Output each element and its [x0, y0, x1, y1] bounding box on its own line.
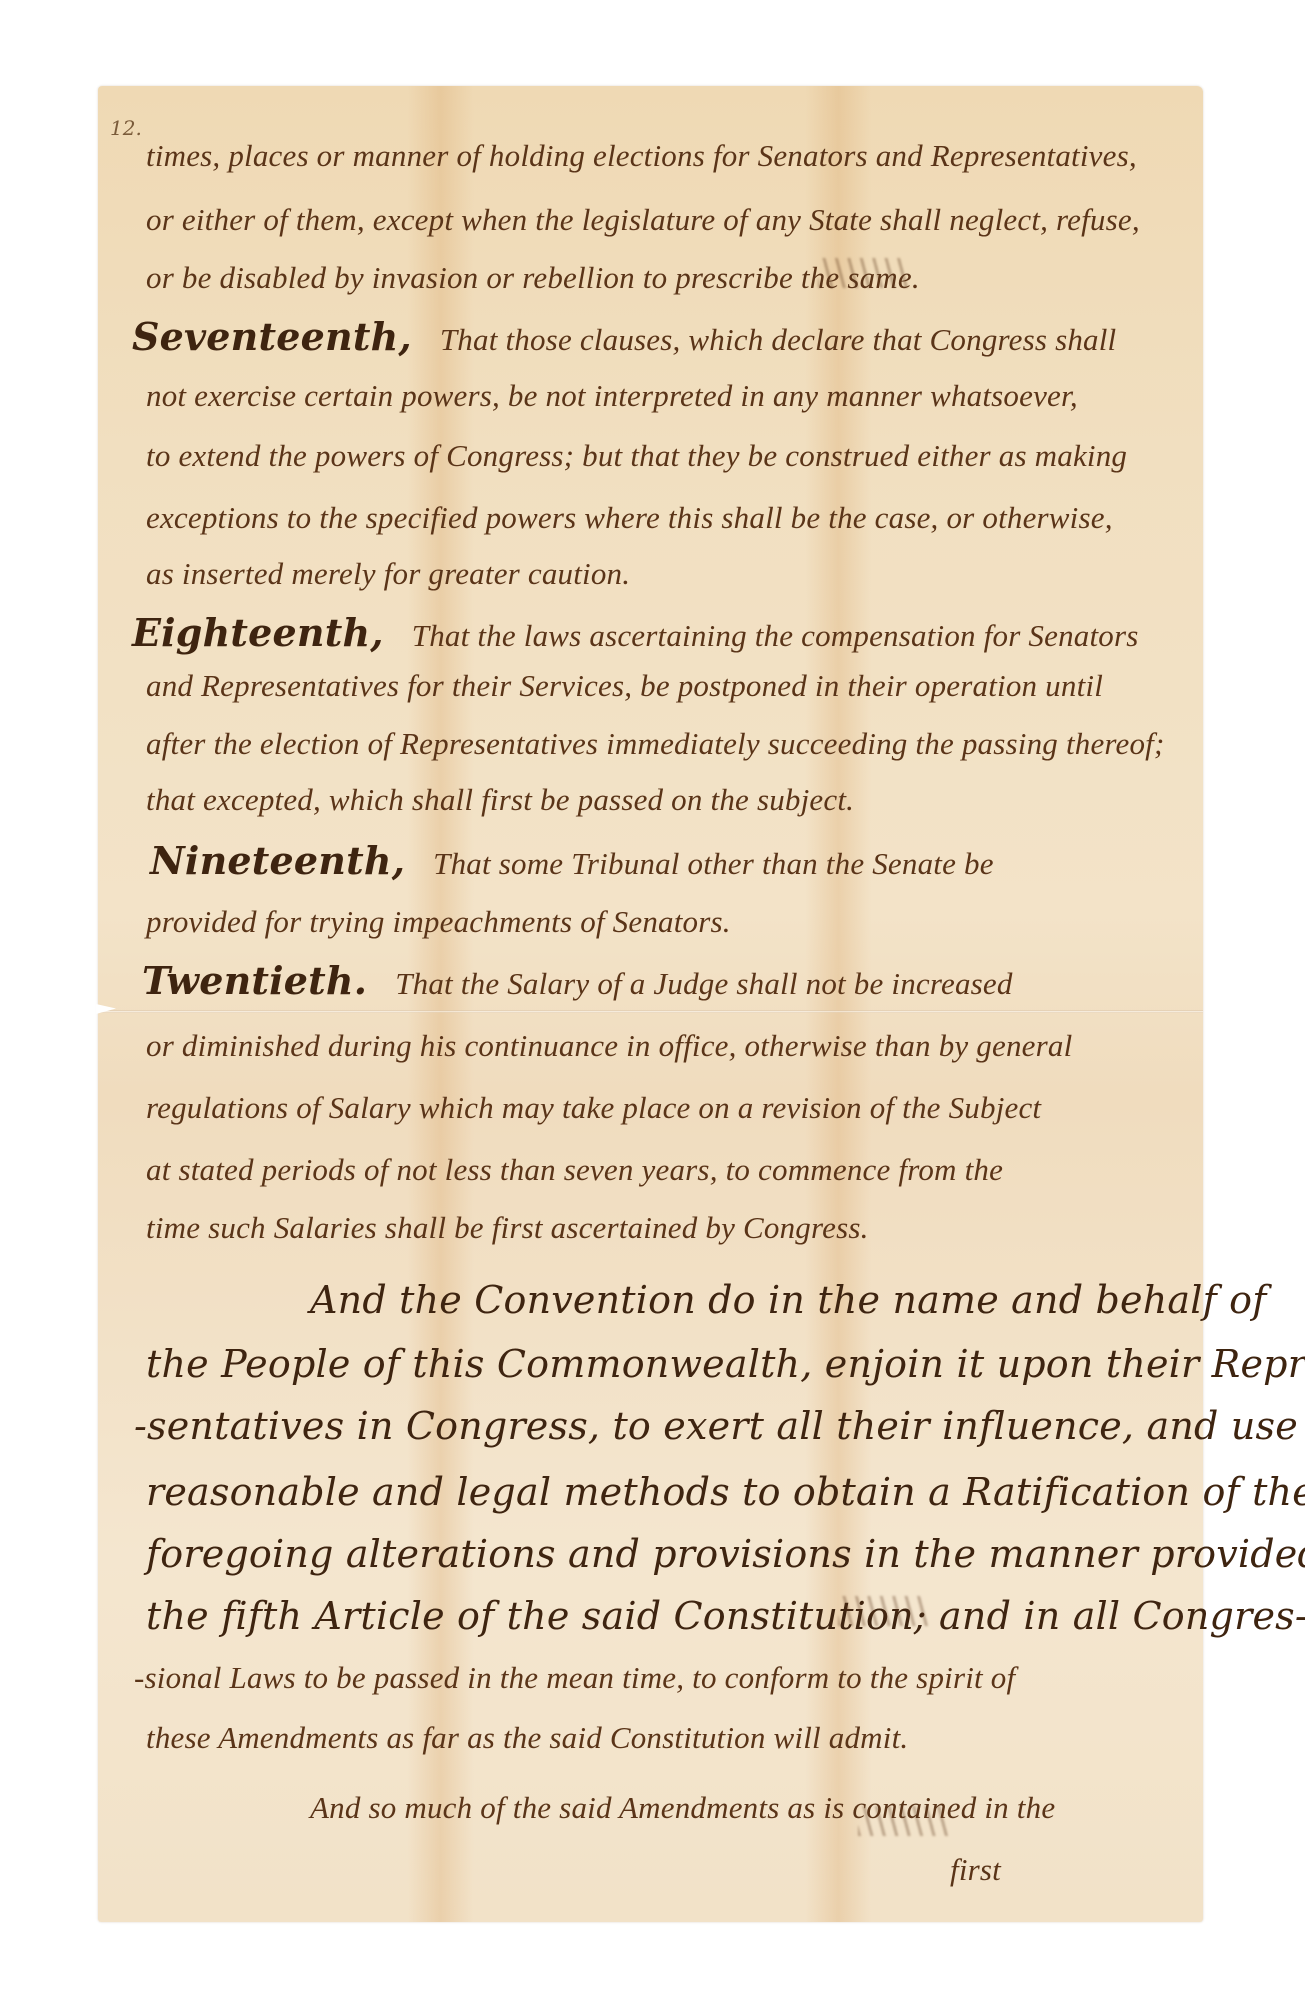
text-line: or diminished during his continuance in …: [146, 1028, 1072, 1064]
text-line: And the Convention do in the name and be…: [310, 1278, 1267, 1322]
text-line: as inserted merely for greater caution.: [146, 556, 630, 592]
text-line: the fifth Article of the said Constituti…: [146, 1594, 1305, 1638]
page-number: 12.: [110, 116, 142, 140]
text-line: at stated periods of not less than seven…: [146, 1152, 1003, 1188]
text-line: these Amendments as far as the said Cons…: [146, 1720, 908, 1756]
article-eighteenth: Eighteenth,That the laws ascertaining th…: [132, 610, 1139, 655]
text-line: or either of them, except when the legis…: [146, 202, 1140, 238]
text-line: that excepted, which shall first be pass…: [146, 782, 854, 818]
fold-crease: [98, 1010, 1203, 1013]
text-line: regulations of Salary which may take pla…: [146, 1090, 1041, 1126]
ink-bleed: [818, 258, 908, 288]
text-line: and Representatives for their Services, …: [146, 668, 1103, 704]
article-nineteenth: Nineteenth,That some Tribunal other than…: [150, 838, 994, 883]
ink-bleed: [838, 1596, 928, 1626]
article-text: That some Tribunal other than the Senate…: [433, 846, 994, 881]
text-line: -sentatives in Congress, to exert all th…: [134, 1404, 1305, 1448]
article-heading: Twentieth.: [142, 958, 367, 1003]
catchword: first: [950, 1852, 1001, 1888]
article-text: That the Salary of a Judge shall not be …: [395, 966, 1012, 1001]
article-heading: Eighteenth,: [132, 610, 384, 655]
text-line: -sional Laws to be passed in the mean ti…: [134, 1660, 1015, 1696]
article-heading: Seventeenth,: [132, 314, 412, 359]
article-heading: Nineteenth,: [150, 838, 405, 883]
text-line: provided for trying impeachments of Sena…: [146, 904, 731, 940]
article-seventeenth: Seventeenth,That those clauses, which de…: [132, 314, 1116, 359]
text-line: to extend the powers of Congress; but th…: [146, 438, 1127, 474]
article-text: That the laws ascertaining the compensat…: [412, 618, 1139, 653]
article-twentieth: Twentieth.That the Salary of a Judge sha…: [142, 958, 1013, 1003]
text-line: reasonable and legal methods to obtain a…: [146, 1470, 1305, 1514]
article-text: That those clauses, which declare that C…: [440, 322, 1117, 357]
text-line: after the election of Representatives im…: [146, 726, 1165, 762]
text-line: exceptions to the specified powers where…: [146, 500, 1113, 536]
text-line: not exercise certain powers, be not inte…: [146, 378, 1078, 414]
text-line: the People of this Commonwealth, enjoin …: [146, 1342, 1305, 1386]
text-line: time such Salaries shall be first ascert…: [146, 1210, 869, 1246]
manuscript-page: 12. times, places or manner of holding e…: [98, 86, 1203, 1922]
text-line: foregoing alterations and provisions in …: [146, 1532, 1305, 1576]
text-line: times, places or manner of holding elect…: [146, 138, 1137, 174]
text-line: or be disabled by invasion or rebellion …: [146, 260, 920, 296]
ink-bleed: [858, 1806, 948, 1836]
